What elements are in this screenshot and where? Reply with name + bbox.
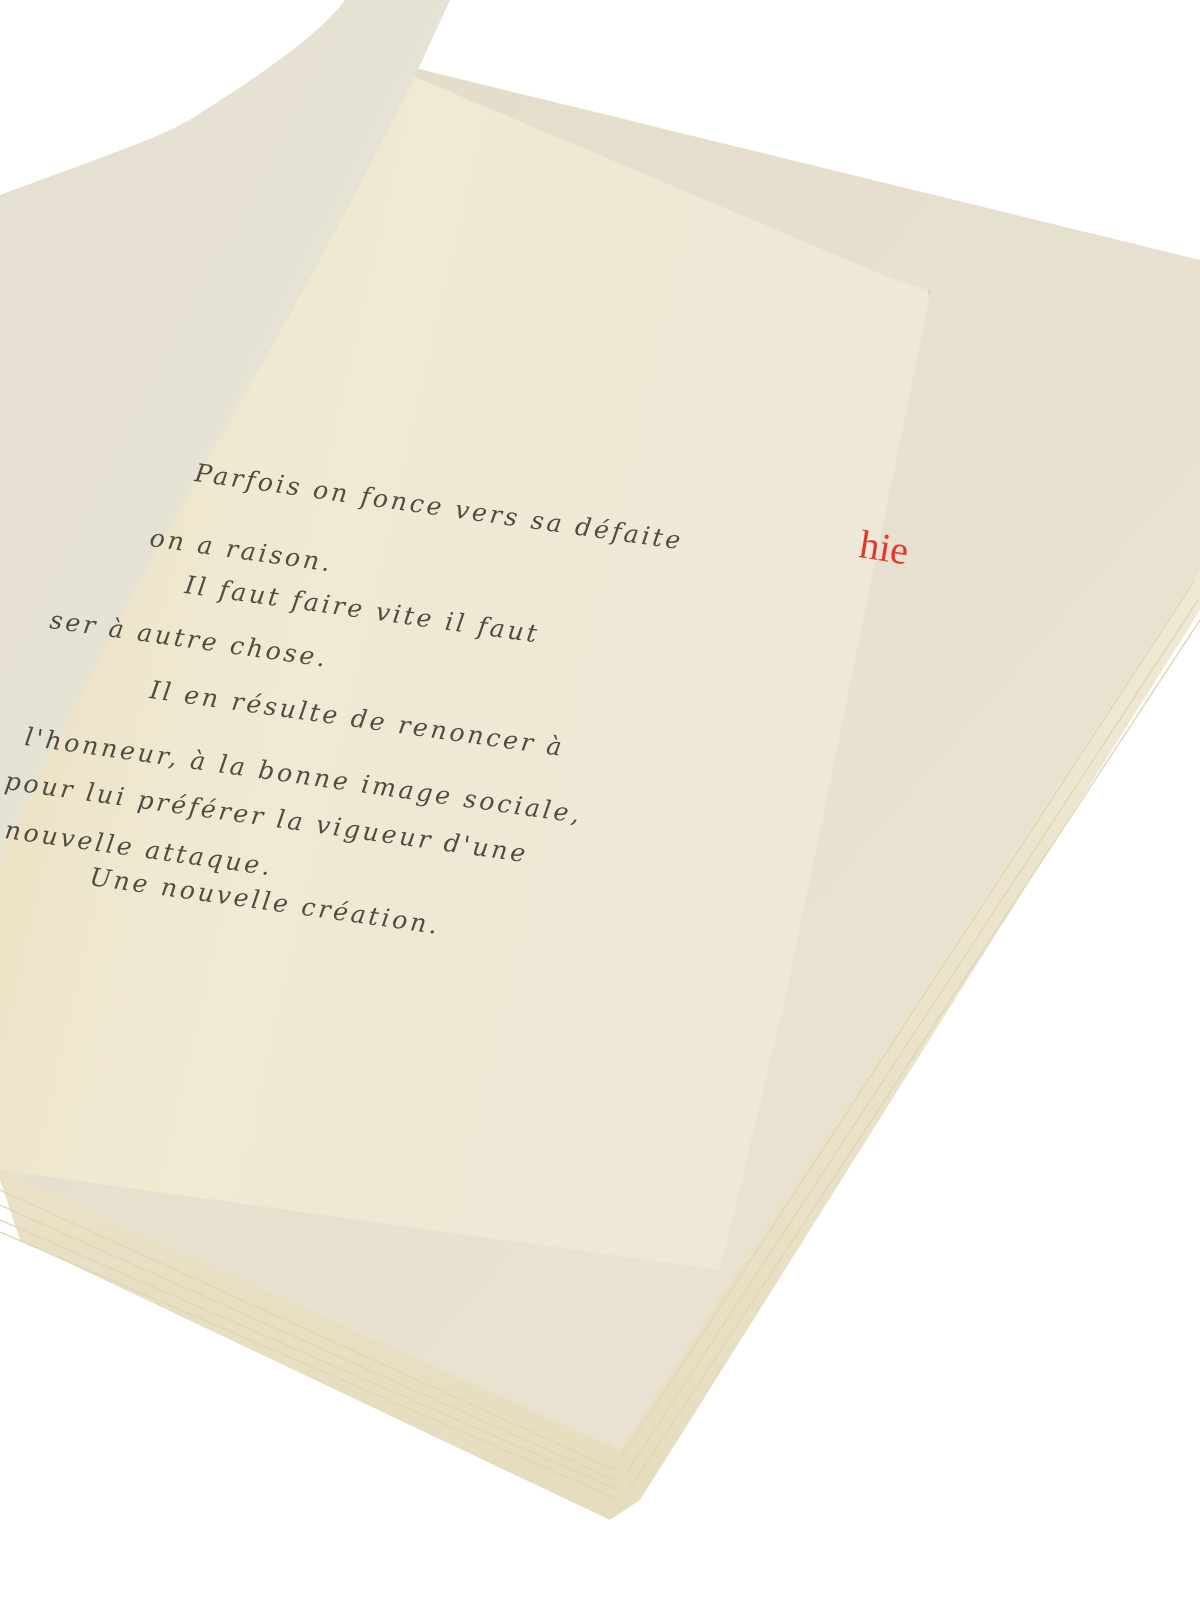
printed-title-fragment: hie — [856, 520, 912, 574]
book-photo: hie Parfois on fonce vers sa défaite on … — [0, 0, 1200, 1600]
printed-title-text: hie — [856, 521, 911, 573]
